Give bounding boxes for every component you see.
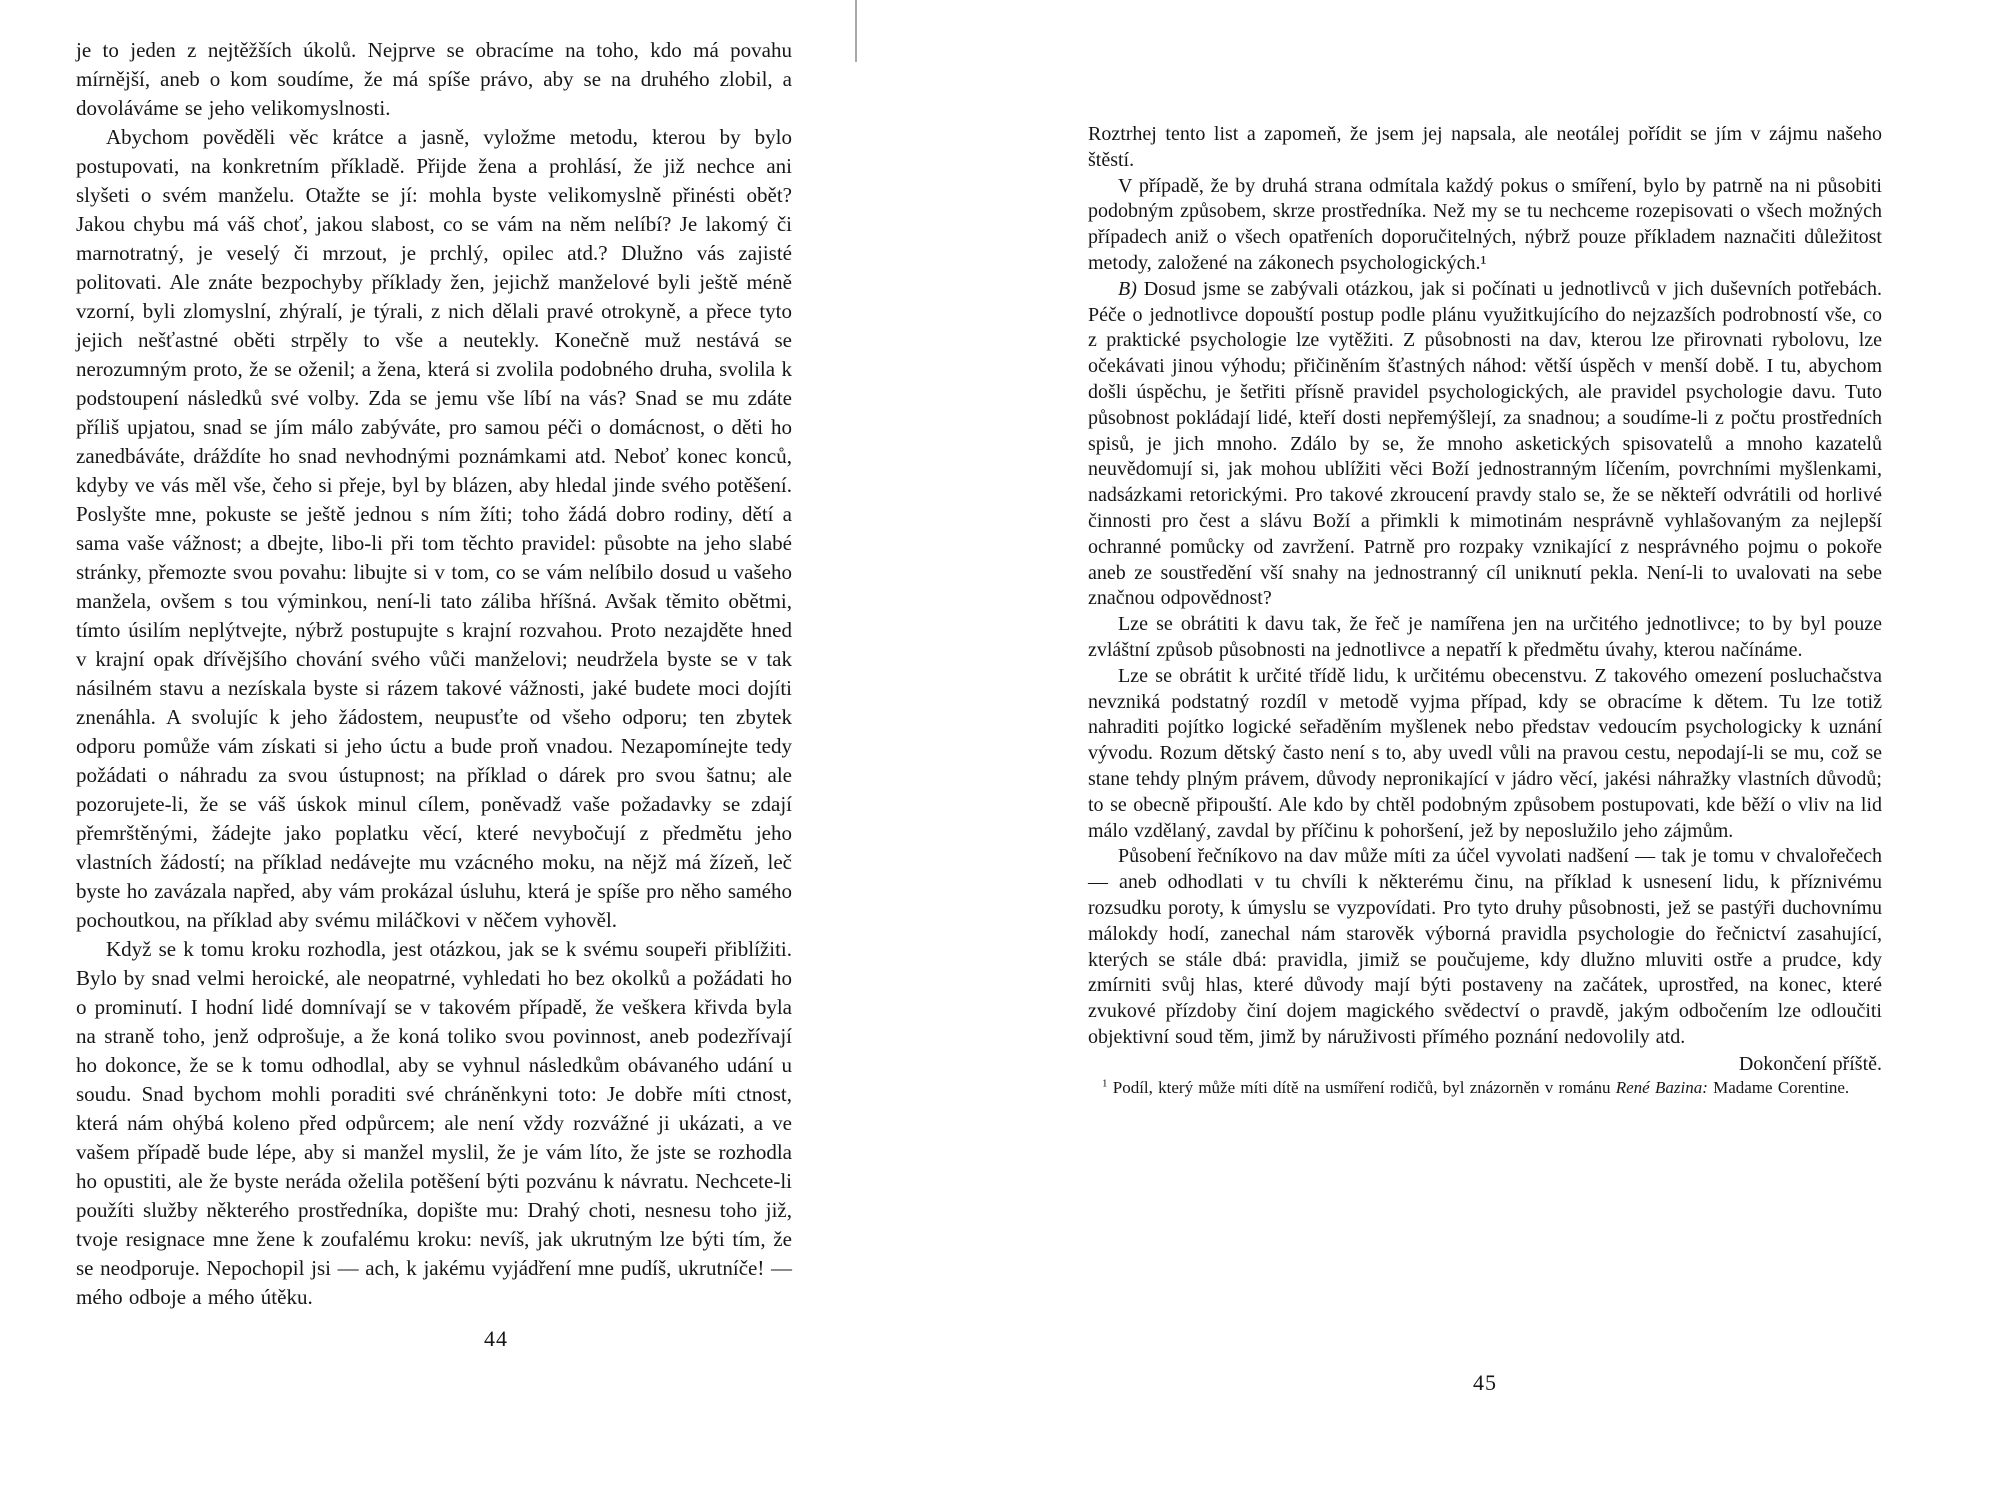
right-page-number: 45 bbox=[1088, 1370, 1882, 1396]
footnote: 1 Podíl, který může míti dítě na usmířen… bbox=[1088, 1077, 1882, 1099]
right-paragraph-lze-tride: Lze se obrátit k určité třídě lidu, k ur… bbox=[1088, 664, 1882, 845]
right-paragraph-letter-end: Roztrhej tento list a zapomeň, že jsem j… bbox=[1088, 122, 1882, 174]
left-page-number: 44 bbox=[76, 1326, 916, 1352]
section-b-text: Dosud jsme se zabývali otázkou, jak si p… bbox=[1088, 278, 1882, 610]
section-b-label: B) bbox=[1118, 278, 1137, 300]
right-paragraph-lze-davu: Lze se obrátiti k davu tak, že řeč je na… bbox=[1088, 612, 1882, 664]
right-paragraph-pusobeni: Působení řečníkovo na dav může míti za ú… bbox=[1088, 844, 1882, 1050]
footnote-author-italic: René Bazina: bbox=[1616, 1078, 1708, 1097]
right-paragraph-b-section: B) Dosud jsme se zabývali otázkou, jak s… bbox=[1088, 277, 1882, 612]
left-paragraph-method-example: Abychom pověděli věc krátce a jasně, vyl… bbox=[76, 123, 792, 935]
gutter-scan-artifact bbox=[855, 0, 857, 62]
right-paragraph-v-pripade: V případě, že by druhá strana odmítala k… bbox=[1088, 174, 1882, 277]
footnote-text: Podíl, který může míti dítě na usmíření … bbox=[1108, 1078, 1616, 1097]
left-page: je to jeden z nejtěžších úkolů. Nejprve … bbox=[76, 36, 792, 1312]
right-page: Roztrhej tento list a zapomeň, že jsem j… bbox=[1088, 122, 1882, 1099]
left-paragraph-continuation: je to jeden z nejtěžších úkolů. Nejprve … bbox=[76, 36, 792, 123]
continuation-note: Dokončení příště. bbox=[1088, 1052, 1882, 1078]
left-paragraph-approach: Když se k tomu kroku rozhodla, jest otáz… bbox=[76, 935, 792, 1312]
footnote-tail: Madame Corentine. bbox=[1708, 1078, 1849, 1097]
book-spread-scan: { "colors": { "paper": "#ffffff", "ink":… bbox=[0, 0, 2004, 1500]
